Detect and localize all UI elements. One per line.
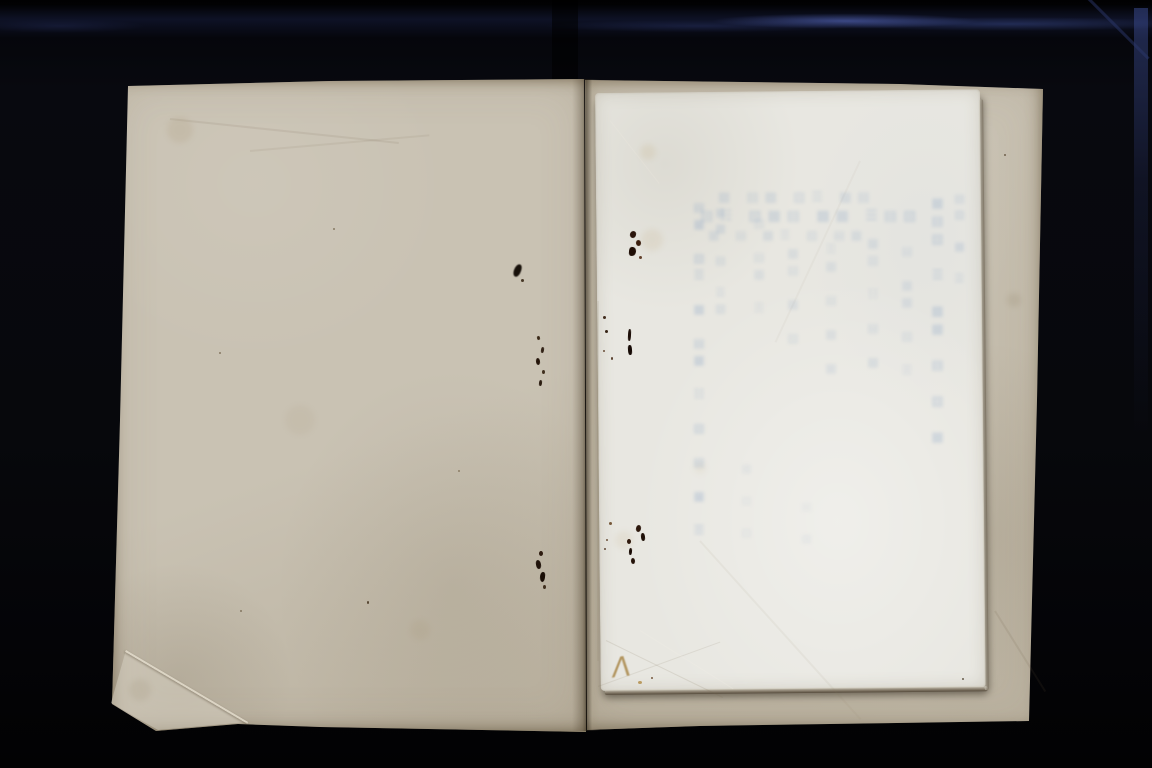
white-document-sheet bbox=[595, 89, 986, 691]
pencil-mark: Λ bbox=[611, 651, 631, 685]
stain bbox=[604, 548, 606, 550]
display-case-photo: ▤▦ ☰▨ ▩▤ ▦▨▤☰ ▦▩ ▤▦▨ ☷▤▦▤ ▨ ☰▩ ▤ ▦▤▦ ▨☰ … bbox=[0, 0, 1152, 768]
stain bbox=[651, 677, 653, 679]
stain bbox=[521, 279, 524, 282]
stain bbox=[606, 539, 608, 541]
stain bbox=[539, 551, 543, 556]
stain bbox=[240, 610, 242, 612]
stain bbox=[638, 681, 642, 684]
stain bbox=[609, 522, 612, 525]
stain bbox=[458, 470, 460, 472]
stain bbox=[543, 585, 546, 589]
stain bbox=[605, 330, 608, 333]
foxing-spot bbox=[694, 462, 706, 474]
stain bbox=[542, 370, 545, 374]
foxing-spot bbox=[167, 117, 193, 143]
folio-left-page bbox=[112, 79, 586, 732]
stain bbox=[1004, 154, 1006, 156]
foxing-spot bbox=[285, 405, 315, 435]
foxing-spot bbox=[640, 144, 656, 160]
stain bbox=[627, 539, 631, 544]
stain bbox=[333, 228, 335, 230]
stain bbox=[962, 678, 964, 680]
foxing-spot bbox=[410, 620, 430, 640]
foxing-spot bbox=[1007, 293, 1021, 307]
stain bbox=[603, 316, 606, 319]
foxing-spot bbox=[641, 229, 663, 251]
stain bbox=[367, 601, 369, 604]
stain bbox=[611, 357, 613, 360]
stain bbox=[628, 345, 633, 355]
frame-joint-shadow bbox=[552, 0, 578, 86]
stain bbox=[219, 352, 221, 354]
stain bbox=[639, 256, 642, 259]
foxing-spot bbox=[129, 679, 151, 701]
stain bbox=[603, 350, 605, 352]
right-frame-sheen bbox=[1134, 8, 1148, 438]
crease-line bbox=[597, 301, 599, 661]
stain bbox=[641, 533, 646, 541]
